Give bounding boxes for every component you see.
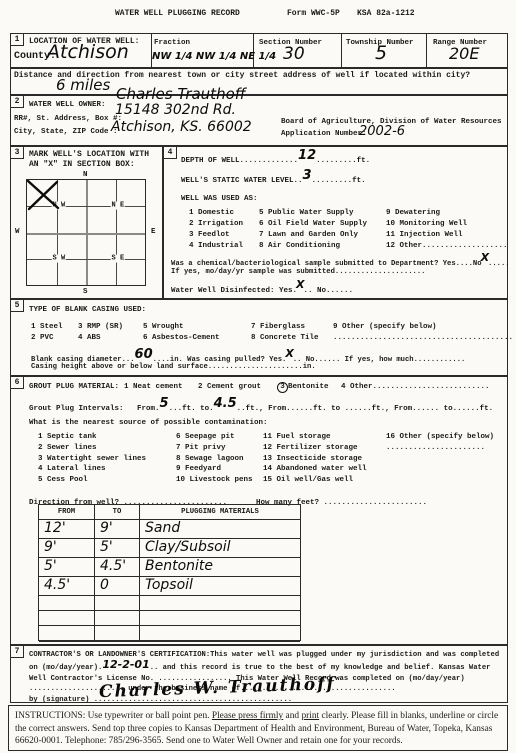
fraction-label: Fraction <box>154 38 190 48</box>
table-cell-to: 5' <box>95 539 140 558</box>
used-as-item: 1 Domestic <box>189 208 243 219</box>
used-as-item: 12 Other................... <box>386 241 508 252</box>
owner-value: Charles Trauthoff <box>116 87 246 102</box>
casing-option: 6 Asbestos-Cement <box>143 333 220 343</box>
intervals-mid: ...ft. to. <box>169 405 214 413</box>
divider <box>426 34 427 67</box>
contamination-question: What is the nearest source of possible c… <box>29 418 268 428</box>
contamination-column-4: 16 Other (specify below) ...............… <box>386 432 494 454</box>
grout-option: 2 Cement grout <box>198 382 261 392</box>
used-as-item: 4 Industrial <box>189 241 243 252</box>
contamination-item: 10 Livestock pens <box>176 475 253 486</box>
intervals-label: Grout Plug Intervals: <box>29 405 124 413</box>
casing-height-line: Casing height above or below land surfac… <box>31 362 316 372</box>
used-as-column-2: 5 Public Water Supply 6 Oil Field Water … <box>259 208 367 252</box>
casing-option: 2 PVC <box>31 333 54 343</box>
plugging-materials-table: FROM TO PLUGGING MATERIALS 12' 9' Sand 9… <box>38 504 301 641</box>
contamination-item: 9 Feedyard <box>176 464 253 475</box>
contamination-column-2: 6 Seepage pit 7 Pit privy 8 Sewage lagoo… <box>176 432 253 486</box>
depth-of-well-line: DEPTH OF WELL.............12.........ft. <box>181 152 370 166</box>
compass-n-label: N <box>83 171 88 179</box>
table-cell-material: Topsoil <box>140 577 300 596</box>
application-number-value: 2002-6 <box>359 125 405 138</box>
table-header-materials: PLUGGING MATERIALS <box>140 505 300 520</box>
table-cell-empty <box>39 626 95 642</box>
table-cell-to: 0 <box>95 577 140 596</box>
contamination-item: 6 Seepage pit <box>176 432 253 443</box>
application-number-label: Application Number: <box>281 129 367 139</box>
used-as-item: 5 Public Water Supply <box>259 208 367 219</box>
contamination-item: 7 Pit privy <box>176 443 253 454</box>
section-2-owner-box: 2 WATER WELL OWNER: Charles Trauthoff RR… <box>10 95 508 146</box>
mark-location-title-1: MARK WELL'S LOCATION WITH <box>29 150 149 160</box>
casing-option: 4 ABS <box>78 333 101 343</box>
diameter-value: 60 <box>135 348 153 361</box>
grout-title: GROUT PLUG MATERIAL: <box>29 382 119 392</box>
used-as-item: 9 Dewatering <box>386 208 508 219</box>
static-label: WELL'S STATIC WATER LEVEL.. <box>181 177 303 185</box>
section-6-number: 6 <box>11 377 24 389</box>
table-cell-empty <box>39 611 95 626</box>
section-grid: N W N E S W S E <box>26 179 146 286</box>
casing-option: 3 RMP (SR) <box>78 322 123 332</box>
compass-w-label: W <box>15 228 20 236</box>
city-state-zip-value: Atchison, KS. 66002 <box>111 120 252 134</box>
range-number-value: 20E <box>449 46 479 62</box>
intervals-suffix: ..ft., From......ft. to ......ft., From.… <box>237 405 494 413</box>
interval-from-value: 5 <box>160 397 169 410</box>
table-cell-empty <box>140 626 300 642</box>
contamination-item: 5 Cess Pool <box>38 475 146 486</box>
contamination-item: 12 Fertilizer storage <box>263 443 367 454</box>
grid-line <box>27 233 145 235</box>
contamination-item: 16 Other (specify below) <box>386 432 494 443</box>
sample-suffix: ..... <box>488 260 510 268</box>
section-4-number: 4 <box>164 147 177 159</box>
contamination-item: 8 Sewage lagoon <box>176 454 253 465</box>
used-as-item: 2 Irrigation <box>189 219 243 230</box>
table-cell-material: Sand <box>140 520 300 539</box>
interval-to-value: 4.5 <box>214 397 237 410</box>
completed-date-value: 12-2-01 <box>102 659 149 670</box>
contamination-item: 3 Watertight sewer lines <box>38 454 146 465</box>
depth-value: 12 <box>298 149 316 162</box>
section-7-number: 7 <box>11 646 24 658</box>
page-title: WATER WELL PLUGGING RECORD <box>115 9 240 19</box>
instructions-text: INSTRUCTIONS: Use typewriter or ball poi… <box>15 711 212 721</box>
grout-intervals-line: Grout Plug Intervals: From.5...ft. to.4.… <box>29 400 493 414</box>
casing-option: 1 Steel <box>31 322 63 332</box>
section-1-number: 1 <box>11 34 24 46</box>
static-value: 3 <box>303 169 312 182</box>
instructions-box: INSTRUCTIONS: Use typewriter or ball poi… <box>8 705 508 751</box>
table-cell-from: 5' <box>39 558 95 577</box>
contamination-item: 15 Oil well/Gas well <box>263 475 367 486</box>
used-as-item: 7 Lawn and Garden Only <box>259 230 367 241</box>
table-cell-material: Bentonite <box>140 558 300 577</box>
disinfected-label: Water Well Disinfected: Yes. <box>171 287 297 295</box>
form-number: Form WWC-5P <box>287 9 340 19</box>
casing-option: 5 Wrought <box>143 322 184 332</box>
table-header-from: FROM <box>39 505 95 520</box>
section-5-number: 5 <box>11 300 24 312</box>
contamination-other-dots: ...................... <box>386 443 494 454</box>
mark-location-title-2: AN "X" IN SECTION BOX: <box>29 160 135 170</box>
if-yes-sample-line: If yes, mo/day/yr sample was submitted..… <box>171 267 425 277</box>
section-2-number: 2 <box>11 96 24 108</box>
contamination-item: 2 Sewer lines <box>38 443 146 454</box>
casing-option: 8 Concrete Tile <box>251 333 319 343</box>
used-as-column-3: 9 Dewatering 10 Monitoring Well 11 Injec… <box>386 208 508 252</box>
county-value: Atchison <box>47 43 129 62</box>
table-cell-to: 4.5' <box>95 558 140 577</box>
contamination-column-3: 11 Fuel storage 12 Fertilizer storage 13… <box>263 432 367 486</box>
section-3-location-grid-box: 3 MARK WELL'S LOCATION WITH AN "X" IN SE… <box>10 146 163 299</box>
disinfected-line: Water Well Disinfected: Yes.X.. No...... <box>171 283 353 296</box>
grout-option: 1 Neat cement <box>124 382 183 392</box>
section-number-value: 30 <box>283 46 305 63</box>
table-cell-empty <box>140 596 300 611</box>
section-4-depth-box: 4 DEPTH OF WELL.............12.........f… <box>163 146 508 299</box>
divider <box>341 34 342 67</box>
table-cell-from: 9' <box>39 539 95 558</box>
quadrant-sw-label: S W <box>52 254 67 262</box>
circled-3-mark: 3 <box>277 382 288 393</box>
contamination-item: 13 Insecticide storage <box>263 454 367 465</box>
owner-label: WATER WELL OWNER: <box>29 100 106 110</box>
disinfected-yes-x-mark: X <box>296 279 304 290</box>
casing-option: 9 Other (specify below) <box>333 322 437 332</box>
disinfected-suffix: .. No...... <box>304 287 354 295</box>
instructions-underlined-press-firmly: Please press firmly <box>212 711 283 721</box>
well-location-x-mark <box>24 177 62 213</box>
well-used-as-label: WELL WAS USED AS: <box>181 194 258 204</box>
bentonite-label: Bentonite <box>288 383 329 391</box>
depth-label: DEPTH OF WELL............. <box>181 157 298 165</box>
table-cell-material: Clay/Subsoil <box>140 539 300 558</box>
casing-option: 7 Fiberglass <box>251 322 305 332</box>
fraction-value: NW 1/4 NW 1/4 NE 1/4 <box>152 52 276 62</box>
casing-other-dots: ........................................ <box>333 333 513 343</box>
address-label: RR#, St. Address, Box #: <box>14 114 122 124</box>
casing-pulled-yes-x-mark: X <box>285 348 293 359</box>
casing-title: TYPE OF BLANK CASING USED: <box>29 305 146 315</box>
pulled-suffix: .. No...... If yes, how much............ <box>293 356 466 364</box>
section-3-number: 3 <box>11 147 24 159</box>
table-header-to: TO <box>95 505 140 520</box>
distance-row: Distance and direction from nearest town… <box>10 68 508 95</box>
contamination-item: 4 Lateral lines <box>38 464 146 475</box>
signature-label: by (signature) . <box>29 696 98 704</box>
compass-s-label: S <box>83 288 88 296</box>
city-state-zip-label: City, State, ZIP Code : <box>14 127 118 137</box>
instructions-underlined-print: print <box>301 711 319 721</box>
grout-option-bentonite-selected: 3Bentonite <box>277 382 329 393</box>
table-cell-empty <box>95 596 140 611</box>
quadrant-ne-label: N E <box>111 202 126 210</box>
quadrant-se-label: S E <box>111 254 126 262</box>
used-as-column-1: 1 Domestic 2 Irrigation 3 Feedlot 4 Indu… <box>189 208 243 252</box>
table-cell-empty <box>95 611 140 626</box>
grid-line <box>27 259 145 260</box>
contamination-column-1: 1 Septic tank 2 Sewer lines 3 Watertight… <box>38 432 146 486</box>
township-number-value: 5 <box>375 44 387 63</box>
instructions-text: and <box>283 711 301 721</box>
used-as-item: 3 Feedlot <box>189 230 243 241</box>
contamination-item: 11 Fuel storage <box>263 432 367 443</box>
section-5-casing-box: 5 TYPE OF BLANK CASING USED: 1 Steel 3 R… <box>10 299 508 376</box>
section-6-grout-box: 6 GROUT PLUG MATERIAL: 1 Neat cement 2 C… <box>10 376 508 645</box>
compass-e-label: E <box>151 228 156 236</box>
distance-value: 6 miles <box>56 78 110 93</box>
table-cell-empty <box>95 626 140 642</box>
intervals-from: From. <box>137 405 160 413</box>
statute-reference: KSA 82a-1212 <box>357 9 415 19</box>
table-cell-from: 4.5' <box>39 577 95 596</box>
table-cell-to: 9' <box>95 520 140 539</box>
section-1-location-box: 1 LOCATION OF WATER WELL: County: Atchis… <box>10 33 508 68</box>
grout-option-other: 4 Other.......................... <box>341 382 490 392</box>
used-as-item: 8 Air Conditioning <box>259 241 367 252</box>
address-value: 15148 302nd Rd. <box>115 103 236 117</box>
contamination-item: 1 Septic tank <box>38 432 146 443</box>
table-cell-empty <box>140 611 300 626</box>
used-as-item: 11 Injection Well <box>386 230 508 241</box>
table-cell-empty <box>39 596 95 611</box>
contamination-item: 14 Abandoned water well <box>263 464 367 475</box>
used-as-item: 10 Monitoring Well <box>386 219 508 230</box>
table-cell-from: 12' <box>39 520 95 539</box>
static-suffix: .........ft. <box>312 177 366 185</box>
depth-suffix: .........ft. <box>316 157 370 165</box>
section-7-certification-box: 7 CONTRACTOR'S OR LANDOWNER'S CERTIFICAT… <box>10 645 508 703</box>
water-well-plugging-record-form: WATER WELL PLUGGING RECORD Form WWC-5P K… <box>0 0 516 753</box>
sample-no-x-mark: X <box>481 252 489 263</box>
used-as-item: 6 Oil Field Water Supply <box>259 219 367 230</box>
static-water-level-line: WELL'S STATIC WATER LEVEL..3.........ft. <box>181 172 366 186</box>
